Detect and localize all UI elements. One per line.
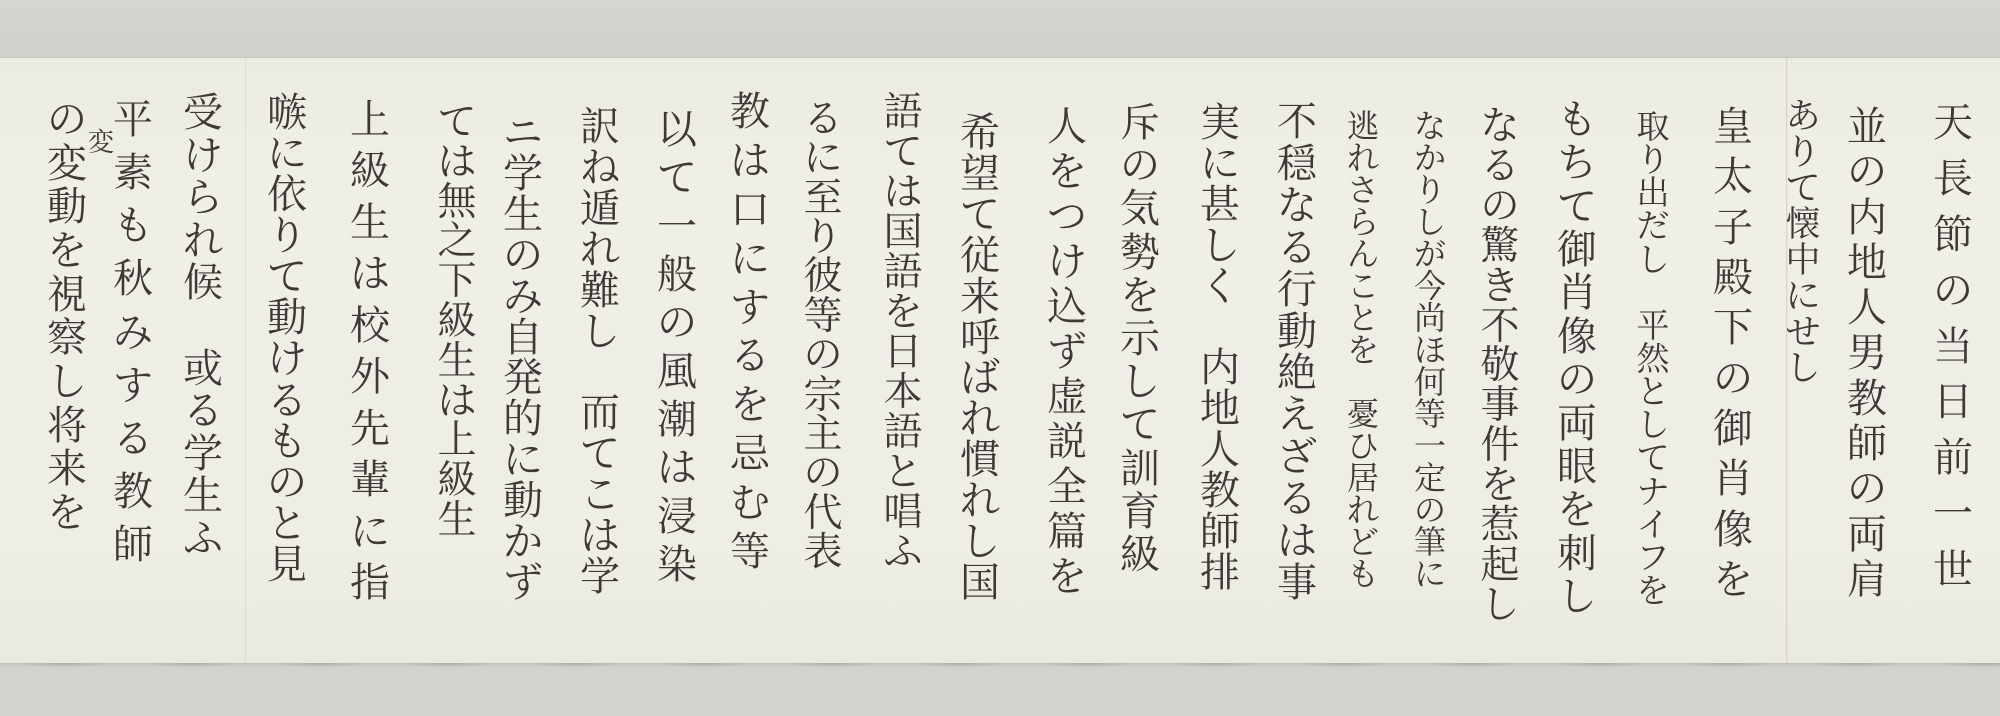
text-column-22: 上級生は校外先輩に指 bbox=[342, 100, 398, 603]
text-column-25: 平素も秋みする教師 bbox=[105, 100, 161, 565]
text-column-4: 皇太子殿下の御肖像を bbox=[1705, 107, 1761, 600]
text-column-21: ては無之下級生は上級生 bbox=[429, 103, 485, 540]
correction-note: 変 bbox=[88, 122, 114, 159]
text-column-5: 取り出だし 平然としてナイフを bbox=[1625, 110, 1681, 607]
text-column-23: 嗾に依りて動けるものと見 bbox=[259, 93, 315, 585]
text-column-16: るに至り彼等の宗主の代表 bbox=[795, 100, 851, 572]
paper-fold bbox=[245, 58, 246, 663]
text-column-11: 実に甚しく 内地人教師排 bbox=[1192, 103, 1248, 593]
text-column-26: の変動を視察し将来を bbox=[39, 100, 95, 533]
text-column-13: 人をつけ込ず虚説全篇を bbox=[1039, 107, 1095, 597]
text-column-19: 訳ね遁れ難し 而てこは学 bbox=[572, 107, 628, 597]
text-column-18: 以て一般の風潮は浸染 bbox=[649, 110, 705, 585]
text-column-24: 受けられ候 或る学生ふ bbox=[175, 93, 231, 559]
text-column-3: ありて懐中にせし bbox=[1775, 100, 1831, 387]
text-column-6: もちて御肖像の両眼を刺し bbox=[1549, 100, 1605, 617]
text-column-8: なかりしが今尚ほ何等一定の筆に bbox=[1402, 110, 1458, 590]
text-column-7: なるの驚き不敬事件を惹起し bbox=[1472, 107, 1528, 625]
text-column-1: 天長節の当日前一世 bbox=[1925, 103, 1981, 590]
text-column-17: 教は口にするを忌む等 bbox=[722, 92, 778, 572]
text-column-10: 不穏なる行動絶えざるは事 bbox=[1269, 102, 1325, 603]
text-column-14: 希望て従来呼ばれ慣れし国 bbox=[952, 113, 1008, 603]
text-column-2: 並の内地人男教師の両肩 bbox=[1839, 107, 1895, 600]
background bbox=[0, 0, 2000, 58]
text-column-12: 斥の気勢を示して訓育級 bbox=[1112, 103, 1168, 575]
paper-bottom-edge bbox=[0, 663, 2000, 672]
text-column-9: 逃れさらんことを 憂ひ居れども bbox=[1335, 110, 1391, 590]
text-column-20: ニ学生のみ自発的に動かず bbox=[495, 113, 551, 603]
text-column-15: 語ては国語を日本語と唱ふ bbox=[875, 93, 931, 572]
